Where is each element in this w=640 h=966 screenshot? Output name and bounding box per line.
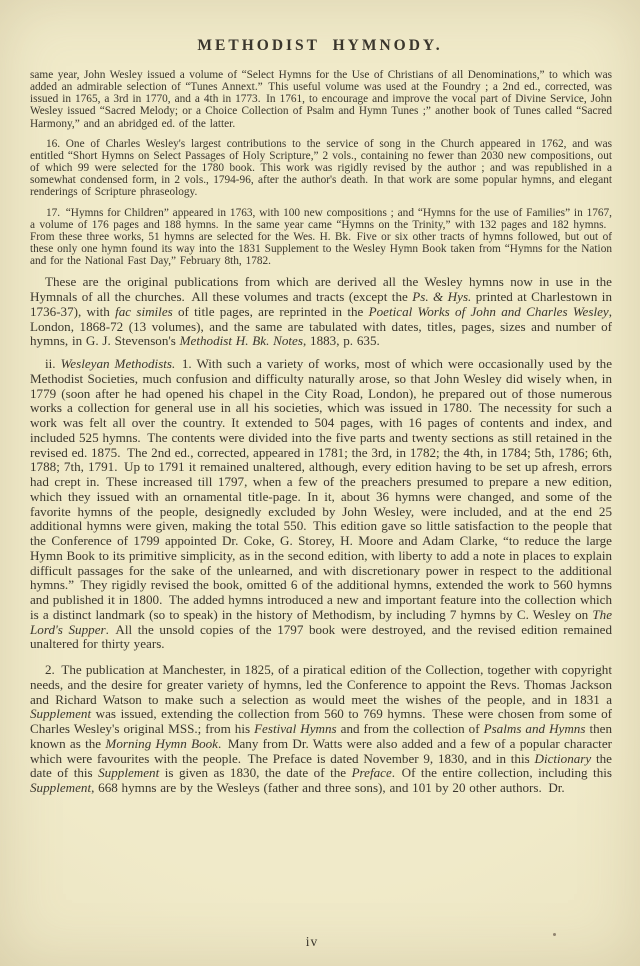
italic-text-run: Supplement (98, 765, 159, 780)
text-run: 1. With such a variety of works, most of… (30, 356, 612, 622)
text-run: 16. One of Charles Wesley's largest cont… (30, 138, 612, 199)
paragraph-continuation: same year, John Wesley issued a volume o… (30, 69, 612, 130)
text-run: . All the unsold copies of the 1797 book… (30, 622, 612, 652)
italic-text-run: Supplement (30, 780, 91, 795)
italic-text-run: Methodist H. Bk. Notes (180, 333, 303, 348)
italic-text-run: Psalms and Hymns (484, 721, 586, 736)
italic-text-run: Dictionary (534, 751, 591, 766)
text-run: of title pages, are reprinted in the (173, 304, 369, 319)
text-run: is given as 1830, the date of the (159, 765, 351, 780)
text-run: , 668 hymns are by the Wesleys (father a… (91, 780, 565, 795)
paragraph-note-16: 16. One of Charles Wesley's largest cont… (30, 138, 612, 199)
book-page: METHODIST HYMNODY. same year, John Wesle… (0, 0, 640, 966)
text-run: same year, John Wesley issued a volume o… (30, 69, 612, 130)
text-block: same year, John Wesley issued a volume o… (0, 55, 640, 796)
page-title: METHODIST HYMNODY. (0, 0, 640, 55)
paragraph-wesleyan-methodists: ii. Wesleyan Methodists. 1. With such a … (30, 357, 612, 652)
italic-text-run: Poetical Works of John and Charles Wesle… (369, 304, 609, 319)
text-run: 2. The publication at Manchester, in 182… (30, 662, 612, 707)
paragraph-note-17: 17. “Hymns for Children” appeared in 176… (30, 207, 612, 268)
paragraph-original-publications: These are the original publications from… (30, 275, 612, 349)
text-run: and from the collection of (337, 721, 484, 736)
italic-text-run: Wesleyan Methodists. (61, 356, 176, 371)
italic-text-run: Preface (352, 765, 392, 780)
italic-text-run: Supplement (30, 706, 91, 721)
ink-speck (553, 933, 556, 936)
italic-text-run: Morning Hymn Book (105, 736, 218, 751)
text-run: . Of the entire collection, including th… (392, 765, 612, 780)
italic-text-run: fac similes (115, 304, 173, 319)
text-run: ii. (45, 356, 61, 371)
paragraph-manchester-publication: 2. The publication at Manchester, in 182… (30, 663, 612, 796)
text-run: , 1883, p. 635. (303, 333, 380, 348)
page-number: iv (0, 934, 624, 950)
italic-text-run: Ps. & Hys. (412, 289, 471, 304)
italic-text-run: Festival Hymns (254, 721, 337, 736)
text-run: 17. “Hymns for Children” appeared in 176… (30, 207, 612, 268)
